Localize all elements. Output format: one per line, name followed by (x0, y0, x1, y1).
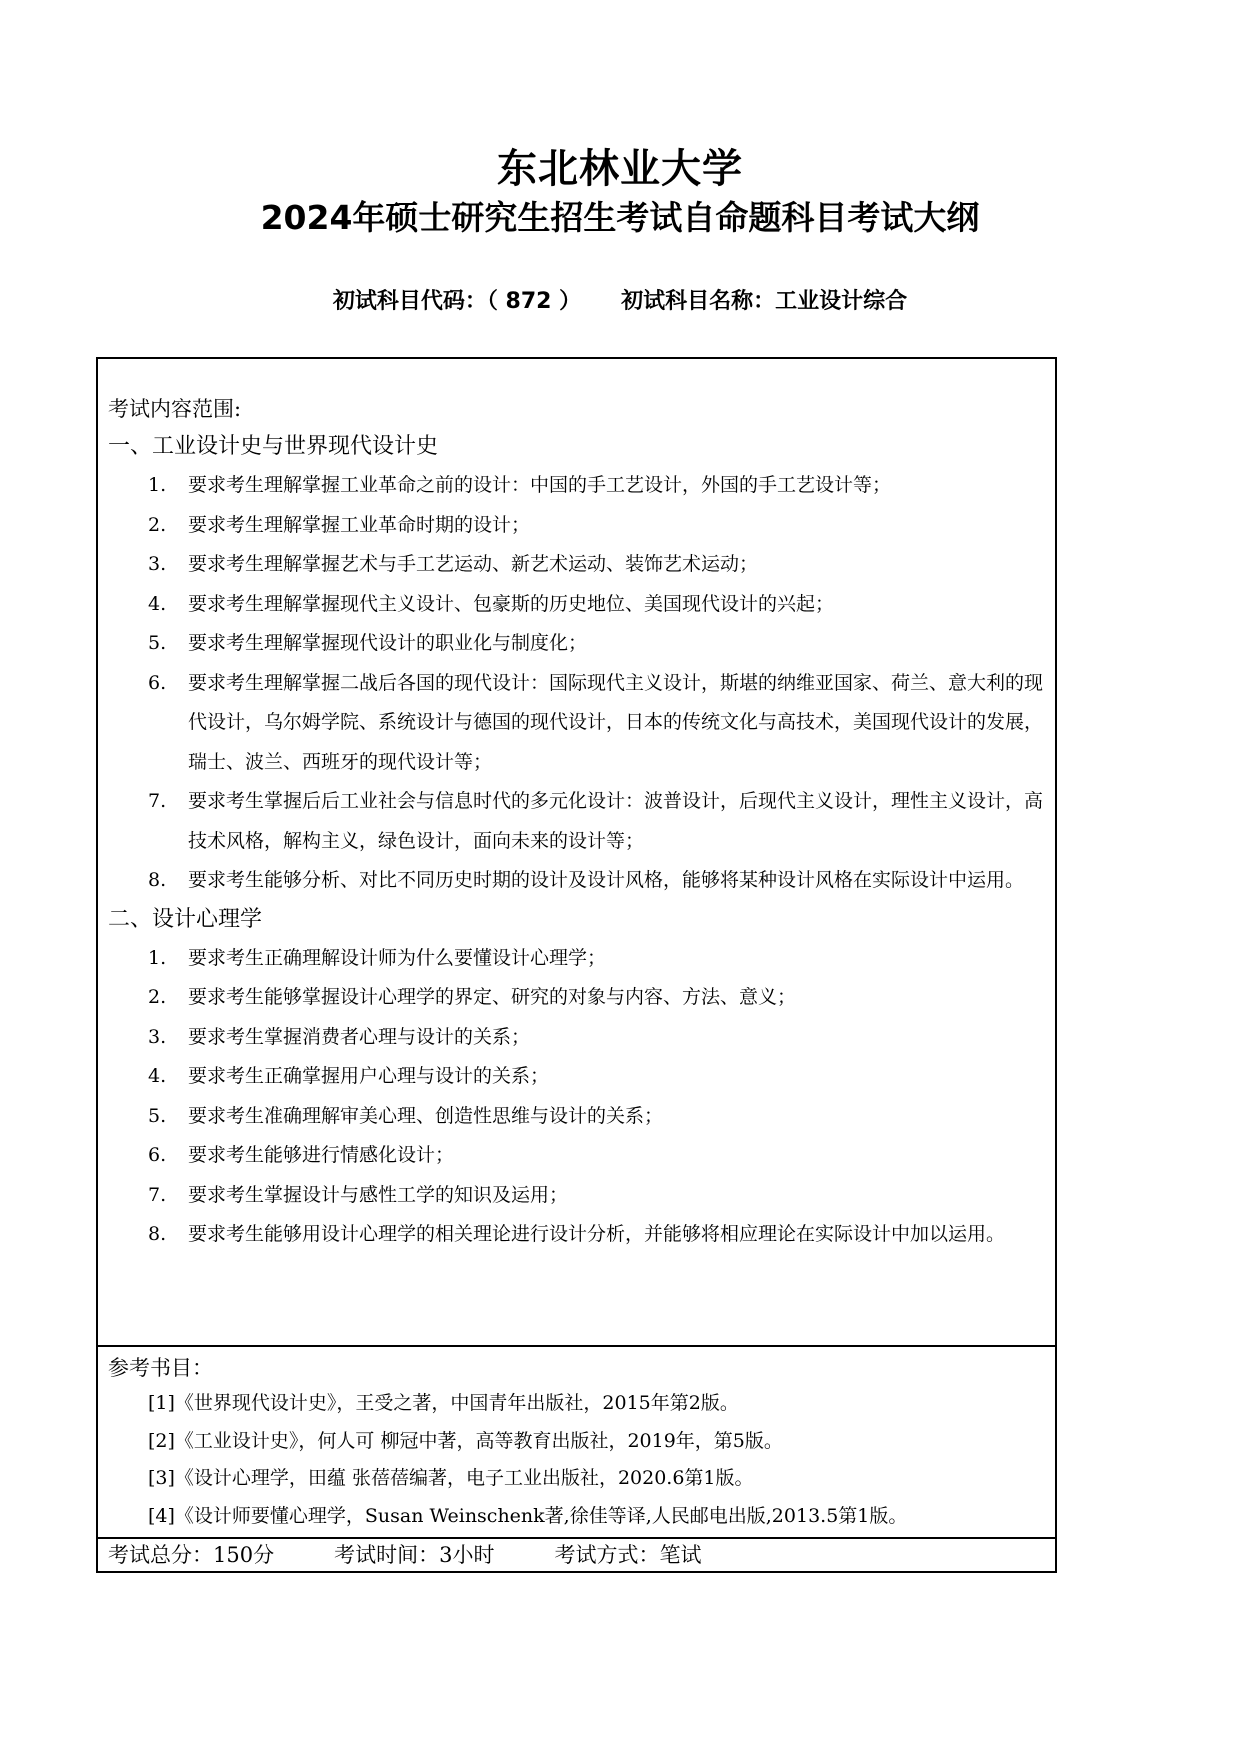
content-scope-section: 考试内容范围: 一、工业设计史与世界现代设计史 1.要求考生理解掌握工业革命之前… (98, 359, 1055, 1347)
exam-method: 考试方式：笔试 (554, 1543, 701, 1567)
section-heading: 二、设计心理学 (108, 901, 1045, 939)
list-item: 8.要求考生能够分析、对比不同历史时期的设计及设计风格，能够将某种设计风格在实际… (108, 861, 1045, 901)
exam-info-footer: 考试总分：150分考试时间：3小时考试方式：笔试 (98, 1539, 1055, 1571)
total-score: 考试总分：150分 (108, 1543, 274, 1567)
list-item: 6.要求考生理解掌握二战后各国的现代设计：国际现代主义设计，斯堪的纳维亚国家、荷… (108, 664, 1045, 783)
subject-code: （ 872 ） (487, 289, 581, 314)
syllabus-table: 考试内容范围: 一、工业设计史与世界现代设计史 1.要求考生理解掌握工业革命之前… (96, 357, 1057, 1573)
list-item: 4.要求考生理解掌握现代主义设计、包豪斯的历史地位、美国现代设计的兴起； (108, 585, 1045, 625)
list-item: 2.要求考生理解掌握工业革命时期的设计； (108, 506, 1045, 546)
subject-name: 工业设计综合 (775, 289, 907, 314)
list-item: 3.要求考生理解掌握艺术与手工艺运动、新艺术运动、装饰艺术运动； (108, 545, 1045, 585)
list-item: 6.要求考生能够进行情感化设计； (108, 1136, 1045, 1176)
subject-info: 初试科目代码：（ 872 ）初试科目名称：工业设计综合 (0, 287, 1240, 317)
reference-item: [2]《工业设计史》，何人可 柳冠中著，高等教育出版社，2019年，第5版。 (108, 1423, 1045, 1461)
list-item: 1.要求考生正确理解设计师为什么要懂设计心理学； (108, 939, 1045, 979)
list-item: 5.要求考生理解掌握现代设计的职业化与制度化； (108, 624, 1045, 664)
university-name: 东北林业大学 (0, 145, 1240, 193)
list-item: 1.要求考生理解掌握工业革命之前的设计：中国的手工艺设计，外国的手工艺设计等； (108, 466, 1045, 506)
list-item: 7.要求考生掌握后后工业社会与信息时代的多元化设计：波普设计，后现代主义设计，理… (108, 782, 1045, 861)
list-item: 7.要求考生掌握设计与感性工学的知识及运用； (108, 1176, 1045, 1216)
list-item: 3.要求考生掌握消费者心理与设计的关系； (108, 1018, 1045, 1058)
document-title: 2024年硕士研究生招生考试自命题科目考试大纲 (0, 196, 1240, 240)
subject-name-label: 初试科目名称： (621, 289, 775, 314)
reference-item: [3]《设计心理学，田蕴 张蓓蓓编著，电子工业出版社，2020.6第1版。 (108, 1460, 1045, 1498)
scope-label: 考试内容范围: (108, 391, 1045, 428)
list-item: 2.要求考生能够掌握设计心理学的界定、研究的对象与内容、方法、意义； (108, 978, 1045, 1018)
section-heading: 一、工业设计史与世界现代设计史 (108, 428, 1045, 466)
reference-item: [1]《世界现代设计史》，王受之著，中国青年出版社，2015年第2版。 (108, 1385, 1045, 1423)
subject-code-label: 初试科目代码： (333, 289, 487, 314)
reference-item: [4]《设计师要懂心理学，Susan Weinschenk著,徐佳等译,人民邮电… (108, 1498, 1045, 1536)
references-label: 参考书目： (108, 1351, 1045, 1385)
references-section: 参考书目： [1]《世界现代设计史》，王受之著，中国青年出版社，2015年第2版… (98, 1347, 1055, 1539)
list-item: 4.要求考生正确掌握用户心理与设计的关系； (108, 1057, 1045, 1097)
list-item: 5.要求考生准确理解审美心理、创造性思维与设计的关系； (108, 1097, 1045, 1137)
list-item: 8.要求考生能够用设计心理学的相关理论进行设计分析，并能够将相应理论在实际设计中… (108, 1215, 1045, 1255)
exam-duration: 考试时间：3小时 (334, 1543, 494, 1567)
